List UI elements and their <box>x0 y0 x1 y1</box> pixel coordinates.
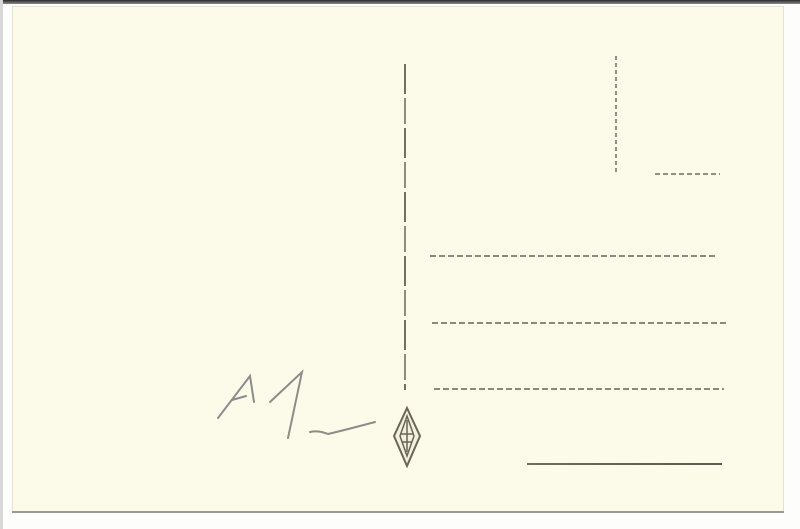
scan-left-edge <box>0 0 3 529</box>
address-line-2 <box>432 322 727 324</box>
publisher-logo <box>392 406 422 468</box>
stamp-box-vertical-line <box>615 56 617 174</box>
address-line-4 <box>527 463 722 465</box>
stamp-box-horizontal-line <box>655 173 720 175</box>
address-line-1 <box>430 255 715 257</box>
address-line-3 <box>434 388 724 390</box>
postcard-bottom-edge <box>12 511 784 513</box>
postcard-divider-line <box>404 64 406 390</box>
pencil-price-marking: 11,– <box>210 360 390 450</box>
scan-top-edge <box>0 0 800 4</box>
pencil-handwriting-icon <box>210 360 390 450</box>
diamond-monogram-icon <box>392 406 422 468</box>
